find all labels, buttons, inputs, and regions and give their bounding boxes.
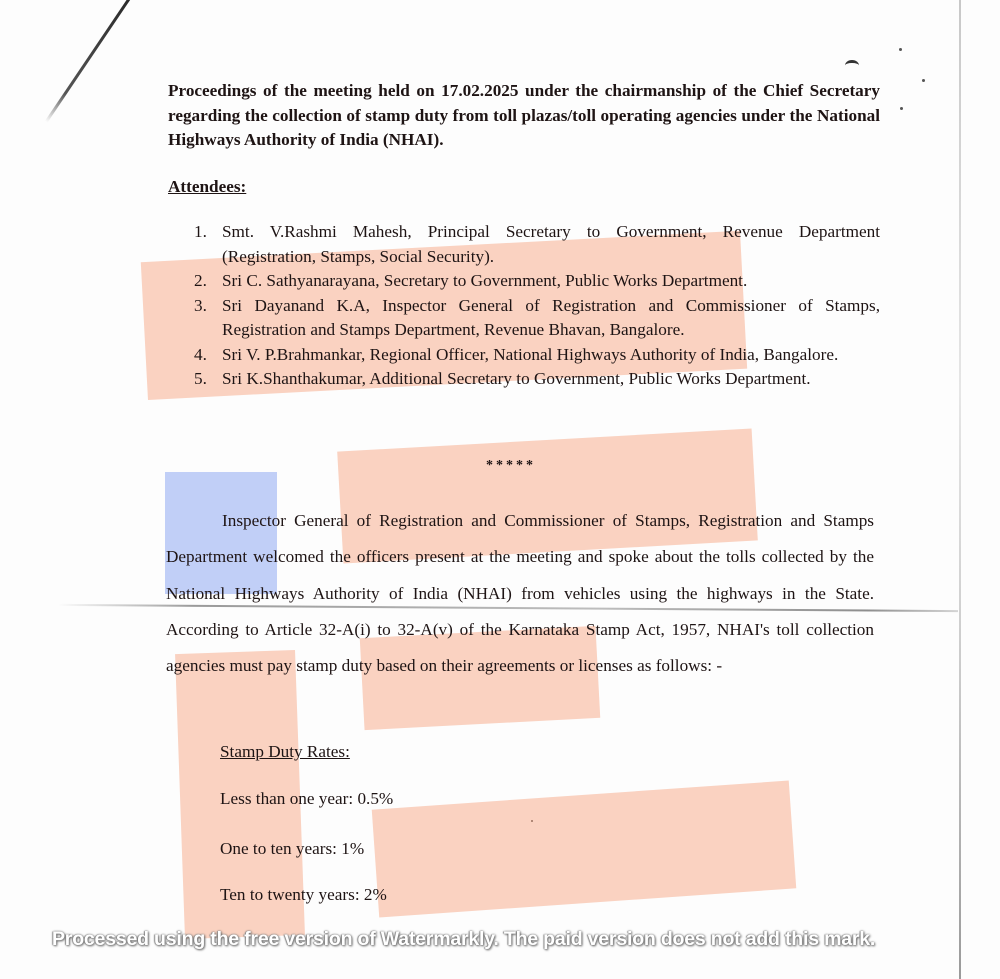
attendee-number: 5. bbox=[194, 367, 207, 392]
watermark-banner: Processed using the free version of Wate… bbox=[52, 928, 952, 951]
attendee-text: Sri V. P.Brahmankar, Regional Officer, N… bbox=[222, 345, 838, 364]
speck-artifact bbox=[899, 48, 902, 51]
attendee-item: 5. Sri K.Shanthakumar, Additional Secret… bbox=[194, 367, 880, 392]
attendee-item: 3. Sri Dayanand K.A, Inspector General o… bbox=[194, 294, 880, 343]
attendee-list: 1. Smt. V.Rashmi Mahesh, Principal Secre… bbox=[194, 220, 880, 392]
speck-artifact bbox=[922, 79, 925, 82]
highlight-overlay bbox=[372, 781, 797, 918]
stamp-duty-rate: Less than one year: 0.5% bbox=[220, 789, 393, 809]
attendee-number: 4. bbox=[194, 343, 207, 368]
speck-artifact bbox=[531, 820, 533, 822]
attendee-text: Sri C. Sathyanarayana, Secretary to Gove… bbox=[222, 271, 747, 290]
body-paragraph: Inspector General of Registration and Co… bbox=[166, 503, 874, 684]
attendee-number: 3. bbox=[194, 294, 207, 319]
attendee-text: Sri K.Shanthakumar, Additional Secretary… bbox=[222, 369, 811, 388]
attendee-text: Sri Dayanand K.A, Inspector General of R… bbox=[222, 296, 880, 340]
attendee-item: 4. Sri V. P.Brahmankar, Regional Officer… bbox=[194, 343, 880, 368]
attendee-item: 1. Smt. V.Rashmi Mahesh, Principal Secre… bbox=[194, 220, 880, 269]
scanned-document-page: Proceedings of the meeting held on 17.02… bbox=[0, 0, 1000, 979]
attendee-item: 2. Sri C. Sathyanarayana, Secretary to G… bbox=[194, 269, 880, 294]
page-edge-artifact bbox=[959, 0, 961, 979]
document-title: Proceedings of the meeting held on 17.02… bbox=[168, 79, 880, 153]
section-separator: ***** bbox=[486, 458, 536, 474]
stamp-duty-rate: One to ten years: 1% bbox=[220, 839, 364, 859]
speck-artifact bbox=[900, 107, 903, 110]
attendees-heading: Attendees: bbox=[168, 177, 246, 197]
attendee-number: 1. bbox=[194, 220, 207, 245]
attendee-text: Smt. V.Rashmi Mahesh, Principal Secretar… bbox=[222, 222, 880, 266]
fold-line-artifact bbox=[45, 0, 143, 123]
stamp-duty-heading: Stamp Duty Rates: bbox=[220, 742, 350, 762]
pen-mark-artifact bbox=[845, 60, 859, 71]
stamp-duty-rate: Ten to twenty years: 2% bbox=[220, 885, 387, 905]
attendee-number: 2. bbox=[194, 269, 207, 294]
